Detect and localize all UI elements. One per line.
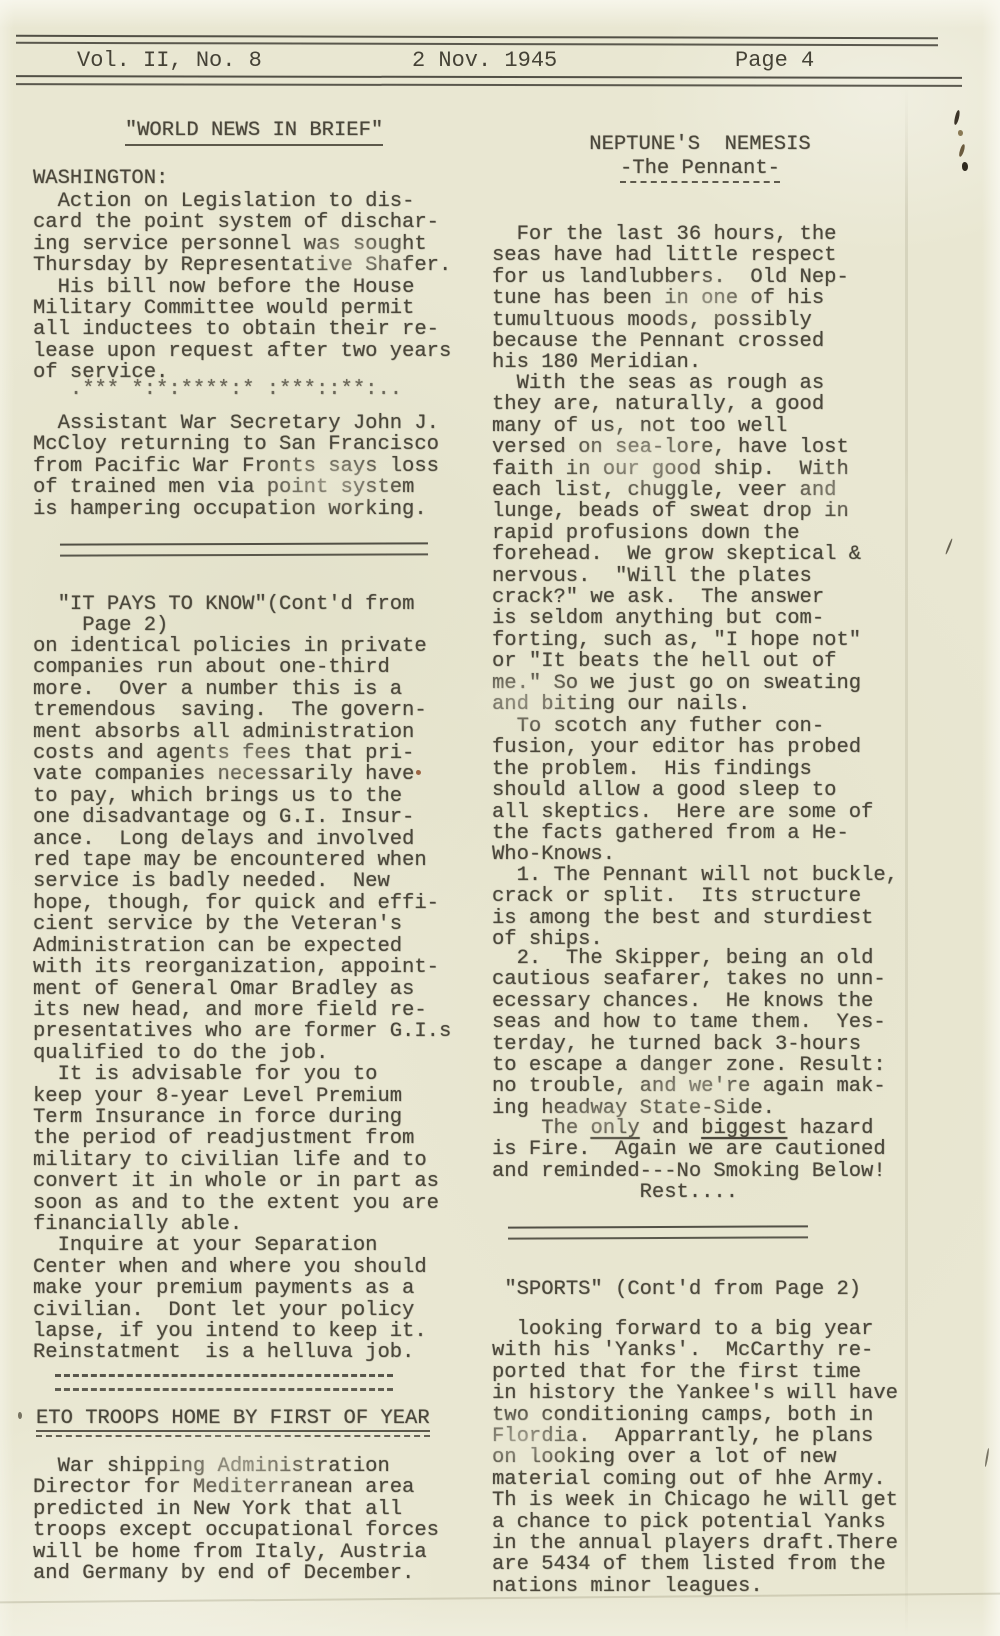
neptune-fact-2: 2. The Skipper, being an old cautious se…: [492, 948, 916, 1119]
hazard-word-biggest: biggest: [701, 1117, 787, 1140]
it-pays-heading: "IT PAYS TO KNOW"(Cont'd from Page 2): [33, 594, 481, 637]
legislation-paragraph: Action on Legislation to dis- card the p…: [33, 191, 481, 384]
ink-speck: [984, 1448, 989, 1467]
washington-dateline: WASHINGTON:: [33, 168, 481, 189]
date-label: 2 Nov. 1945: [412, 48, 557, 73]
ink-speck: [962, 162, 968, 171]
world-news-title-text: "WORLD NEWS IN BRIEF": [125, 119, 383, 146]
neptune-para-2: With the seas as rough as they are, natu…: [492, 373, 916, 716]
eto-heading: ETO TROOPS HOME BY FIRST OF YEAR: [36, 1408, 430, 1437]
hazard-text-mid: and: [640, 1117, 702, 1140]
neptune-para-3: To scotch any futher con- fusion, your e…: [492, 716, 916, 866]
section-divider-left: [60, 542, 428, 556]
ink-speck: [18, 1412, 22, 1419]
neptune-title: NEPTUNE'S NEMESIS: [490, 134, 910, 155]
page-number-label: Page 4: [735, 48, 814, 73]
eto-heading-underline: ETO TROOPS HOME BY FIRST OF YEAR: [36, 1408, 430, 1437]
vertical-crease: [905, 88, 908, 1636]
ink-speck: [945, 538, 953, 555]
sports-heading: "SPORTS" (Cont'd from Page 2): [492, 1279, 916, 1300]
dashed-divider-left: [55, 1374, 393, 1391]
neptune-para-1: For the last 36 hours, the seas have had…: [492, 224, 916, 374]
hazard-paragraph: The only and biggest hazard is Fire. Aga…: [492, 1118, 916, 1204]
rust-spot: [416, 770, 421, 775]
it-pays-body: on identical policies in private compani…: [33, 636, 481, 1364]
hazard-word-only: only: [590, 1117, 639, 1140]
sports-body: looking forward to a big year with his '…: [492, 1319, 916, 1597]
volume-label: Vol. II, No. 8: [77, 48, 262, 73]
section-divider-right: [508, 1225, 808, 1239]
hazard-text-pre: The: [492, 1117, 590, 1140]
pennant-subtitle-text: -The Pennant-: [620, 157, 780, 183]
ink-speck: [953, 110, 961, 126]
ink-speck: [958, 130, 963, 136]
eto-heading-text: ETO TROOPS HOME BY FIRST OF YEAR: [36, 1408, 430, 1432]
header-top-rule: [16, 35, 938, 46]
header-bottom-rule: [16, 75, 962, 87]
neptune-fact-1: 1. The Pennant will not buckle, crack or…: [492, 865, 916, 951]
pennant-subtitle: -The Pennant-: [490, 158, 910, 179]
ink-speck: [958, 144, 966, 158]
asterisk-separator: .*** *:*:****:* :***::**:..: [33, 379, 481, 400]
world-news-title: "WORLD NEWS IN BRIEF": [33, 120, 475, 141]
eto-body: War shipping Administration Director for…: [33, 1456, 481, 1584]
mccloy-paragraph: Assistant War Secretary John J. McCloy r…: [33, 413, 481, 520]
newsletter-page: Vol. II, No. 8 2 Nov. 1945 Page 4 "WORLD…: [0, 0, 1000, 1636]
